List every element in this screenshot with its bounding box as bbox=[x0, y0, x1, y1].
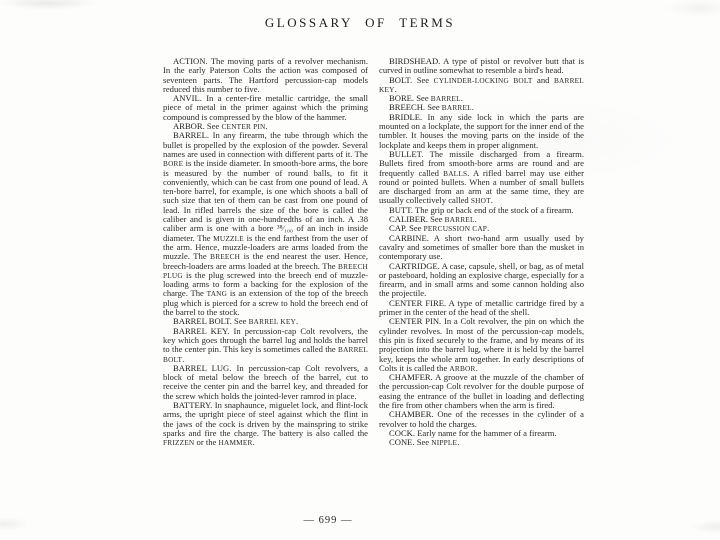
glossary-column-left: ACTION. The moving parts of a revolver m… bbox=[163, 57, 368, 447]
entry-definition: See NIPPLE. bbox=[417, 437, 460, 447]
glossary-entry: CARTRIDGE. A case, capsule, shell, or ba… bbox=[379, 262, 584, 299]
cross-reference: MUZZLE bbox=[213, 234, 244, 243]
cross-reference: NIPPLE bbox=[431, 438, 457, 447]
glossary-entry: BIRDSHEAD. A type of pistol or revolver … bbox=[379, 57, 584, 76]
glossary-entry: CHAMFER. A groove at the muzzle of the c… bbox=[379, 373, 584, 410]
cross-reference: BALLS bbox=[443, 169, 467, 178]
entry-definition: See BARREL KEY. bbox=[234, 316, 298, 326]
glossary-entry: CHAMBER. One of the recesses in the cyli… bbox=[379, 410, 584, 429]
cross-reference: HAMMER bbox=[219, 438, 253, 447]
glossary-entry: BARREL. In any firearm, the tube through… bbox=[163, 131, 368, 317]
glossary-entry: BATTERY. In snaphaunce, miguelet lock, a… bbox=[163, 401, 368, 447]
page-number: — 699 — bbox=[258, 515, 398, 526]
cross-reference: BREECH bbox=[210, 252, 240, 261]
glossary-column-right: BIRDSHEAD. A type of pistol or revolver … bbox=[379, 57, 584, 447]
page-title: GLOSSARY OF TERMS bbox=[0, 15, 720, 31]
glossary-entry: ANVIL. In a center-fire metallic cartrid… bbox=[163, 94, 368, 122]
book-page: GLOSSARY OF TERMS ACTION. The moving par… bbox=[0, 0, 720, 540]
glossary-columns: ACTION. The moving parts of a revolver m… bbox=[163, 57, 584, 447]
cross-reference: CYLINDER-LOCKING BOLT bbox=[434, 76, 533, 85]
glossary-entry: BARREL KEY. In percussion-cap Colt revol… bbox=[163, 327, 368, 364]
cross-reference: BARREL KEY bbox=[249, 317, 296, 326]
cross-reference: BARREL BOLT bbox=[163, 345, 368, 363]
cross-reference: TANG bbox=[207, 289, 227, 298]
entry-term: CONE. bbox=[389, 437, 415, 447]
glossary-entry: BULLET. The missile discharged from a fi… bbox=[379, 150, 584, 206]
entry-term: CENTER PIN. bbox=[389, 316, 441, 326]
entry-term: BARREL. bbox=[173, 130, 209, 140]
cross-reference: BORE bbox=[163, 159, 183, 168]
cross-reference: FRIZZEN bbox=[163, 438, 194, 447]
glossary-entry: BOLT. See CYLINDER-LOCKING BOLT and BARR… bbox=[379, 76, 584, 95]
glossary-entry: CENTER FIRE. A type of metallic cartridg… bbox=[379, 299, 584, 318]
glossary-entry: CONE. See NIPPLE. bbox=[379, 438, 584, 447]
entry-definition: In any firearm, the tube through which t… bbox=[163, 130, 368, 317]
glossary-entry: CARBINE. A short two-hand arm usually us… bbox=[379, 234, 584, 262]
entry-definition: The missile discharged from a firearm. B… bbox=[379, 149, 584, 205]
glossary-entry: BARREL LUG. In percussion-cap Colt revol… bbox=[163, 364, 368, 401]
cross-reference: BREECH PLUG bbox=[163, 262, 368, 280]
glossary-entry: BRIDLE. In any side lock in which the pa… bbox=[379, 113, 584, 150]
glossary-entry: ACTION. The moving parts of a revolver m… bbox=[163, 57, 368, 94]
glossary-entry: CENTER PIN. In a Colt revolver, the pin … bbox=[379, 317, 584, 373]
